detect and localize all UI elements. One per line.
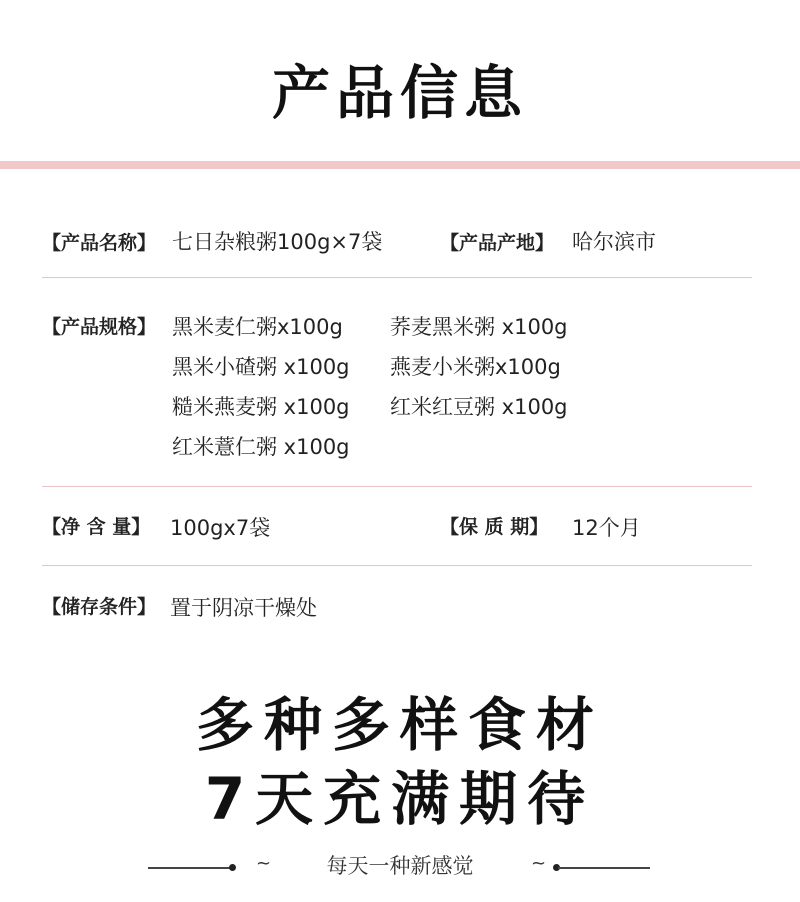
shelf-life-label: 【保 质 期】	[440, 512, 548, 539]
product-spec-label: 【产品规格】	[42, 312, 156, 339]
footer-line-right	[558, 867, 650, 869]
page-title: 产品信息	[0, 46, 800, 130]
row-divider	[42, 565, 752, 566]
product-name-value: 七日杂粮粥100g×7袋	[172, 226, 382, 256]
product-origin-label: 【产品产地】	[440, 228, 554, 255]
headline-line1: 多种多样食材	[0, 678, 800, 762]
pink-divider-bar	[0, 161, 800, 169]
footer-tilde-right: ~	[531, 853, 546, 874]
spec-item: 燕麦小米粥x100g	[390, 351, 561, 381]
product-origin-value: 哈尔滨市	[572, 226, 656, 256]
spec-item: 荞麦黑米粥 x100g	[390, 311, 568, 341]
shelf-life-value: 12个月	[572, 512, 641, 542]
spec-item: 糙米燕麦粥 x100g	[172, 391, 350, 421]
spec-item: 黑米小碴粥 x100g	[172, 351, 350, 381]
headline-line2: 7天充满期待	[0, 752, 800, 836]
footer-slogan: 每天一种新感觉	[0, 850, 800, 880]
net-content-value: 100gx7袋	[170, 512, 270, 542]
product-name-label: 【产品名称】	[42, 228, 156, 255]
spec-item: 黑米麦仁粥x100g	[172, 311, 343, 341]
row-divider	[42, 277, 752, 278]
spec-item: 红米红豆粥 x100g	[390, 391, 568, 421]
storage-value: 置于阴凉干燥处	[170, 592, 317, 622]
storage-label: 【储存条件】	[42, 592, 156, 619]
net-content-label: 【净 含 量】	[42, 512, 150, 539]
row-divider	[42, 486, 752, 487]
spec-item: 红米薏仁粥 x100g	[172, 431, 350, 461]
